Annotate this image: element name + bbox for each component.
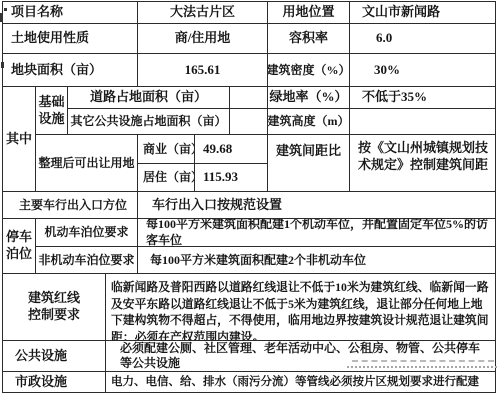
scan-speck	[1, 62, 4, 68]
land-use-value: 商/住用地	[138, 24, 268, 54]
floor-area-ratio-value: 6.0	[350, 24, 496, 54]
building-red-line-label-text: 建筑红线控制要求	[24, 290, 84, 324]
infrastructure-label: 基础设施	[36, 87, 68, 135]
road-area-label: 道路占地面积（亩）	[68, 87, 230, 109]
commercial-area-value: 49.68	[195, 135, 268, 164]
building-spacing-value: 按《文山州城镇规划技术规定》控制建筑间距	[350, 135, 496, 192]
building-density-label: 建筑密度（%）	[268, 54, 350, 87]
other-public-facility-area-value	[230, 109, 268, 135]
plot-area-label: 地块面积（亩）	[3, 54, 138, 87]
motor-parking-label: 机动车泊位要求	[36, 219, 138, 247]
main-vehicle-entrance-value: 车行出入口按规范设置	[138, 192, 496, 219]
plot-area-value: 165.61	[138, 54, 268, 87]
planning-conditions-table-page: 项目名称 大法古片区 用地位置 文山市新闻路 土地使用性质 商/住用地 容积率 …	[0, 0, 500, 394]
building-height-value	[350, 109, 496, 135]
infrastructure-label-text: 基础设施	[38, 94, 66, 128]
saleable-land-label: 整理后可出让用地	[36, 135, 138, 192]
building-density-value: 30%	[350, 54, 496, 87]
building-red-line-label: 建筑红线控制要求	[3, 274, 106, 341]
main-vehicle-entrance-label: 主要车行出入口方位	[3, 192, 138, 219]
green-rate-value: 不低于35%	[350, 87, 496, 109]
watermark-remnant-line	[352, 360, 494, 362]
non-motor-parking-value: 每100平方米建筑面积配建2个非机动车位	[138, 247, 496, 274]
planning-conditions-table: 项目名称 大法古片区 用地位置 文山市新闻路 土地使用性质 商/住用地 容积率 …	[2, 1, 496, 393]
location-label: 用地位置	[268, 2, 350, 24]
municipal-facilities-label: 市政设施	[3, 372, 106, 393]
motor-parking-value: 每100平方米建筑面积配建1个机动车位，并配置固定车位5%的访客车位	[138, 219, 496, 247]
land-use-label: 土地使用性质	[3, 24, 138, 54]
scan-speck	[4, 8, 7, 11]
building-spacing-label: 建筑间距比	[268, 135, 350, 192]
parking-berth-label: 停车泊位	[3, 219, 36, 274]
public-facilities-label: 公共设施	[3, 341, 106, 372]
road-area-value	[230, 87, 268, 109]
green-rate-label: 绿地率（%）	[268, 87, 350, 109]
watermark-remnant-line	[347, 366, 497, 368]
other-public-facility-area-label: 其它公共设施占地面积（亩）	[68, 109, 230, 135]
residential-area-label: 居住（亩）	[138, 164, 195, 192]
municipal-facilities-value: 电力、电信、给、排水（雨污分流）等管线必须按片区规划要求进行配建	[106, 372, 496, 393]
location-value: 文山市新闻路	[350, 2, 496, 24]
among-which-label: 其中	[3, 87, 36, 192]
non-motor-parking-label: 非机动车泊位要求	[36, 247, 138, 274]
project-name-label: 项目名称	[3, 2, 138, 24]
building-red-line-value: 临新闻路及普阳西路以道路红线退让不低于10米为建筑红线、临新闻一路及安平东路以道…	[106, 274, 496, 341]
parking-berth-label-text: 停车泊位	[5, 229, 33, 263]
residential-area-value: 115.93	[195, 164, 268, 192]
building-height-label: 建筑高度（m）	[268, 109, 350, 135]
commercial-area-label: 商业（亩）	[138, 135, 195, 164]
scan-speck	[0, 13, 3, 22]
floor-area-ratio-label: 容积率	[268, 24, 350, 54]
project-name-value: 大法古片区	[138, 2, 268, 24]
